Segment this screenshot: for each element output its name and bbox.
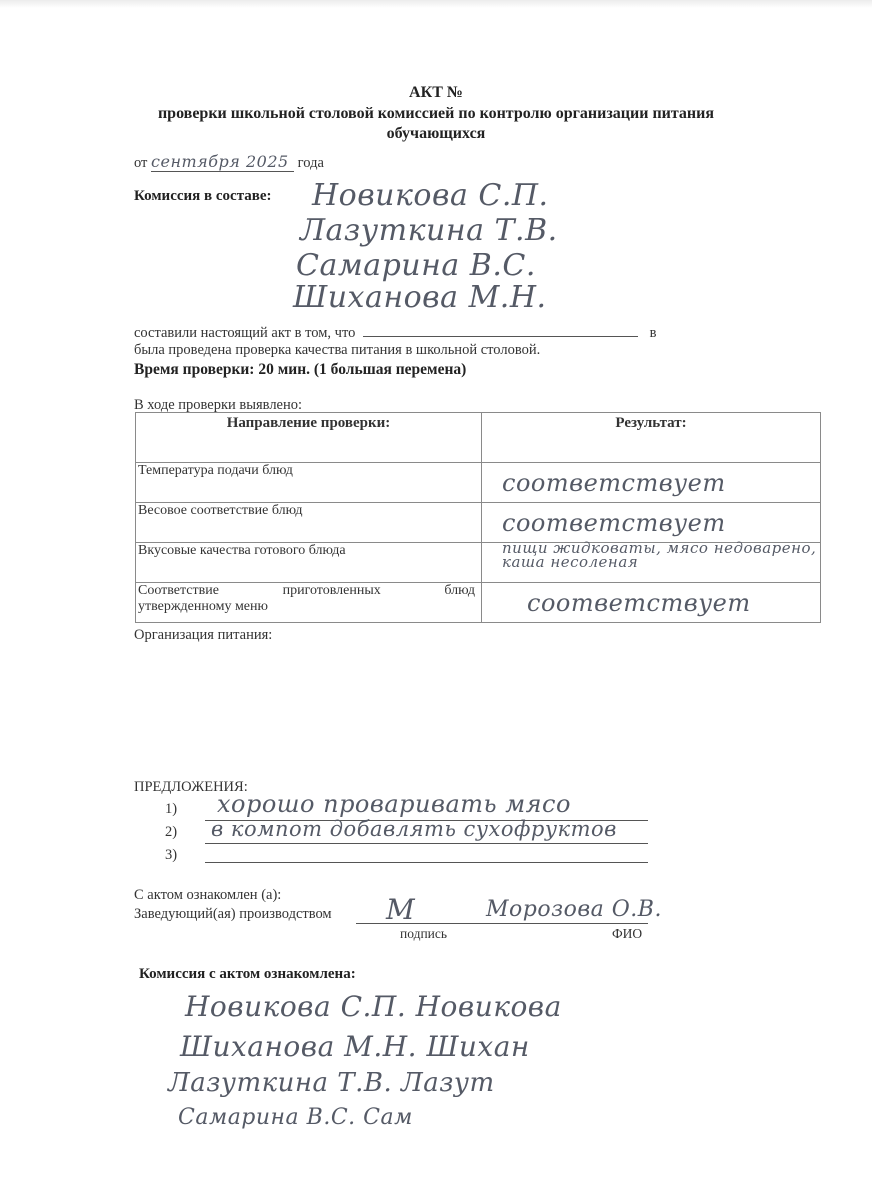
table-row: Соответствие приготовленных блюд утвержд… [136, 583, 821, 623]
date-prefix: от [134, 155, 147, 171]
result-handwritten: соответствует [502, 469, 726, 497]
table-row: Весовое соответствие блюд соответствует [136, 503, 821, 543]
date-line: от сентября 2025 года [134, 152, 324, 172]
manager-signature: М [386, 893, 415, 926]
commission-member: Шиханова М.Н. [293, 280, 547, 315]
caption-fio: ФИО [612, 926, 642, 942]
statement-line2: была проведена проверка качества питания… [134, 342, 540, 359]
proposal-line: в компот добавлять сухофруктов [205, 823, 648, 844]
proposal-number: 3) [165, 847, 177, 864]
proposal-text: хорошо проваривать мясо [217, 790, 571, 818]
caption-signature: подпись [400, 926, 447, 942]
commission-member: Лазуткина Т.В. [300, 213, 558, 248]
criterion-line2: утвержденному меню [138, 599, 479, 615]
header-criterion: Направление проверки: [136, 413, 482, 463]
proposal-number: 1) [165, 801, 177, 818]
result-handwritten: соответствует [502, 509, 726, 537]
ack-label: С актом ознакомлен (а): [134, 887, 281, 904]
statement-suffix: в [650, 325, 657, 341]
inspection-time: Время проверки: 20 мин. (1 большая перем… [134, 361, 466, 379]
commission-signature: Самарина В.С. Сам [178, 1105, 413, 1130]
criterion-word: приготовленных [283, 583, 381, 599]
table-row: Температура подачи блюд соответствует [136, 463, 821, 503]
criterion-word: блюд [444, 583, 475, 599]
commission-ack-label: Комиссия с актом ознакомлена: [139, 966, 356, 983]
criterion-cell: Температура подачи блюд [136, 463, 482, 503]
statement-text: составили настоящий акт в том, что [134, 325, 355, 341]
result-cell: соответствует [482, 463, 821, 503]
act-title: АКТ № [0, 84, 872, 102]
header-result: Результат: [482, 413, 821, 463]
result-cell: соответствует [482, 583, 821, 623]
result-cell: пищи жидковаты, мясо недоварено, каша не… [482, 543, 821, 583]
scan-top-shade [0, 0, 872, 8]
proposal-line [205, 846, 648, 863]
date-value: сентября 2025 [151, 152, 294, 172]
commission-signature: Лазуткина Т.В. Лазут [168, 1068, 495, 1098]
criterion-cell: Весовое соответствие блюд [136, 503, 482, 543]
criterion-cell: Вкусовые качества готового блюда [136, 543, 482, 583]
commission-signature: Шиханова М.Н. Шихан [180, 1030, 530, 1063]
act-subtitle-cont: обучающихся [0, 125, 872, 143]
proposal-number: 2) [165, 824, 177, 841]
blank-field [363, 322, 638, 337]
manager-label: Заведующий(ая) производством [134, 906, 332, 923]
criterion-word: Соответствие [138, 583, 219, 599]
criterion-cell: Соответствие приготовленных блюд утвержд… [136, 583, 482, 623]
proposal-text: в компот добавлять сухофруктов [211, 817, 617, 841]
manager-fio: Морозова О.В. [486, 897, 662, 922]
result-handwritten: соответствует [527, 589, 751, 617]
findings-table: Направление проверки: Результат: Темпера… [135, 412, 821, 623]
commission-label: Комиссия в составе: [134, 188, 272, 205]
commission-member: Новикова С.П. [312, 178, 549, 213]
act-subtitle: проверки школьной столовой комиссией по … [0, 105, 872, 123]
commission-signature: Новикова С.П. Новикова [185, 990, 562, 1023]
statement-line1: составили настоящий акт в том, что в [134, 322, 656, 342]
result-cell: соответствует [482, 503, 821, 543]
signature-line: М Морозова О.В. [356, 903, 648, 924]
commission-member: Самарина В.С. [296, 248, 536, 283]
date-suffix: года [298, 155, 324, 171]
table-row: Вкусовые качества готового блюда пищи жи… [136, 543, 821, 583]
organization-label: Организация питания: [134, 627, 272, 644]
result-handwritten: пищи жидковаты, мясо недоварено, каша не… [502, 541, 842, 569]
